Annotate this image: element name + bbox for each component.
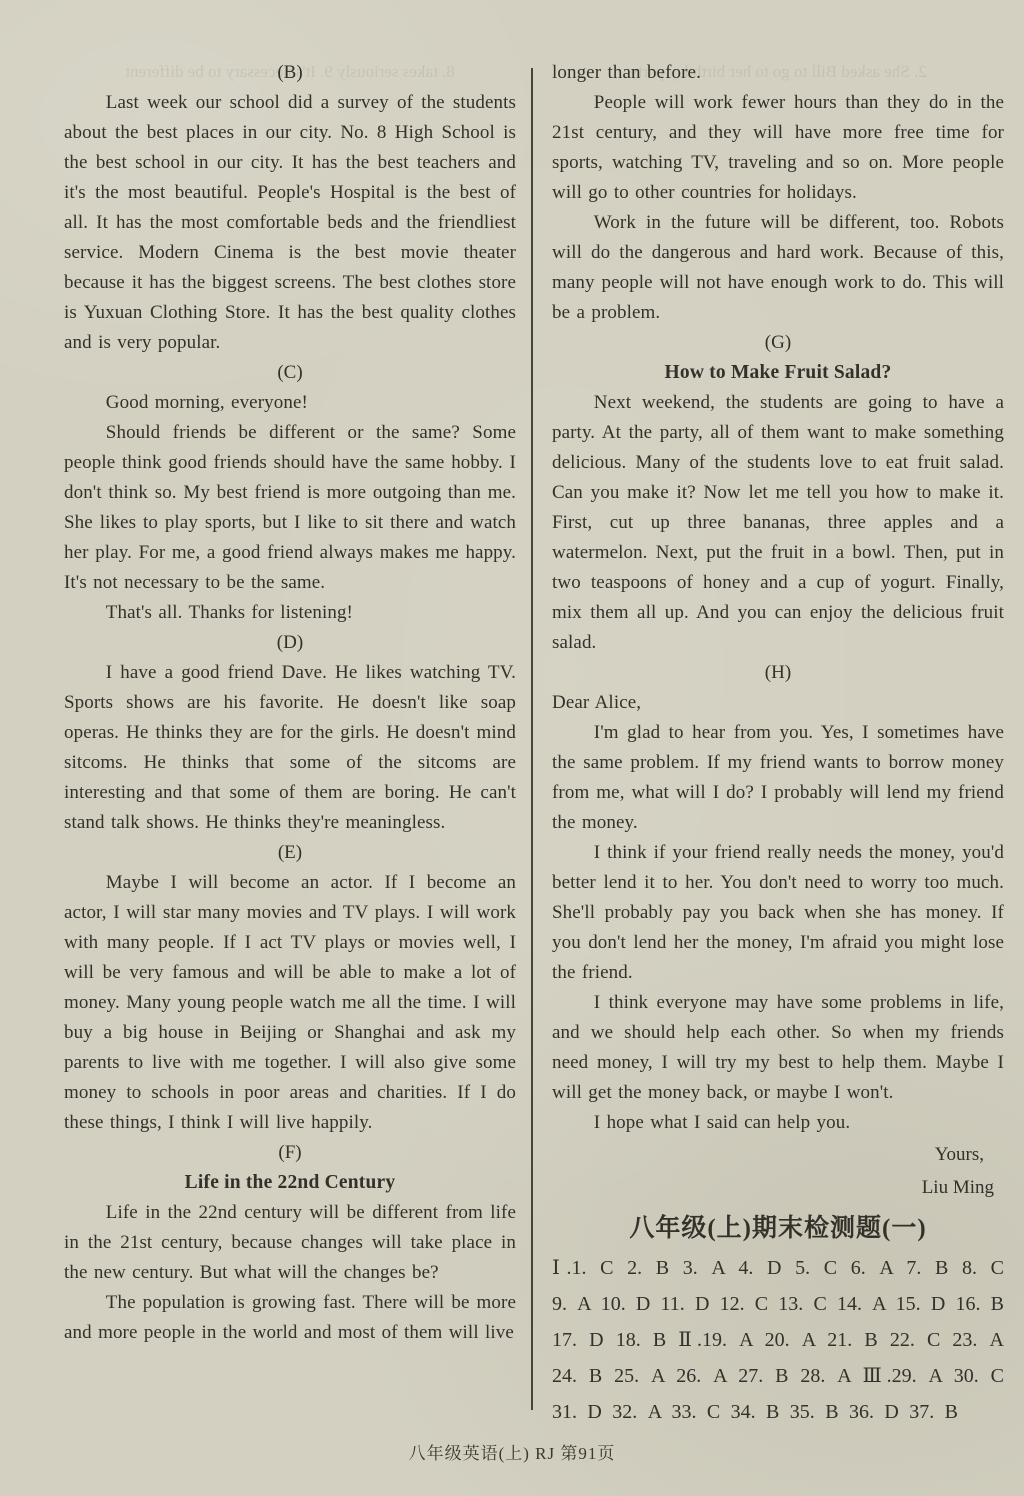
letter-signature: Liu Ming [552,1171,1004,1204]
answer-key-line-1: Ⅰ.1. C 2. B 3. A 4. D 5. C 6. A 7. B 8. … [552,1250,1004,1286]
passage-b-heading: (B) [64,58,516,88]
answer-key-line-2: 9. A 10. D 11. D 12. C 13. C 14. A 15. D… [552,1286,1004,1322]
answer-key-block: Ⅰ.1. C 2. B 3. A 4. D 5. C 6. A 7. B 8. … [552,1250,1004,1430]
letter-signoff: Yours, [552,1138,1004,1171]
answer-key-line-4: 24. B 25. A 26. A 27. B 28. A Ⅲ.29. A 30… [552,1358,1004,1394]
exam-section-title: 八年级(上)期末检测题(一) [552,1212,1004,1246]
passage-d-heading: (D) [64,628,516,658]
passage-c-paragraph-2: Should friends be different or the same?… [64,418,516,598]
passage-c-heading: (C) [64,358,516,388]
letter-paragraph-4: I hope what I said can help you. [552,1108,1004,1138]
passage-b-paragraph: Last week our school did a survey of the… [64,88,516,358]
passage-f-paragraph-1: Life in the 22nd century will be differe… [64,1198,516,1288]
passage-h-heading: (H) [552,658,1004,688]
passage-g-title: How to Make Fruit Salad? [552,358,1004,388]
answer-key-line-5: 31. D 32. A 33. C 34. B 35. B 36. D 37. … [552,1394,1004,1430]
passage-f-paragraph-3: People will work fewer hours than they d… [552,88,1004,208]
passage-e-heading: (E) [64,838,516,868]
passage-f-paragraph-2: The population is growing fast. There wi… [64,1288,516,1348]
passage-f-title: Life in the 22nd Century [64,1168,516,1198]
right-column: longer than before. People will work few… [552,58,1004,1430]
passage-g-heading: (G) [552,328,1004,358]
letter-paragraph-3: I think everyone may have some problems … [552,988,1004,1108]
answer-key-line-3: 17. D 18. B Ⅱ.19. A 20. A 21. B 22. C 23… [552,1322,1004,1358]
passage-c-paragraph-1: Good morning, everyone! [64,388,516,418]
letter-salutation: Dear Alice, [552,688,1004,718]
passage-d-paragraph: I have a good friend Dave. He likes watc… [64,658,516,838]
letter-paragraph-2: I think if your friend really needs the … [552,838,1004,988]
passage-f-heading: (F) [64,1138,516,1168]
left-column: (B) Last week our school did a survey of… [64,58,516,1430]
passage-e-paragraph: Maybe I will become an actor. If I becom… [64,868,516,1138]
letter-paragraph-1: I'm glad to hear from you. Yes, I someti… [552,718,1004,838]
passage-f-continuation-line: longer than before. [552,58,1004,88]
passage-g-paragraph: Next weekend, the students are going to … [552,388,1004,658]
passage-f-paragraph-4: Work in the future will be different, to… [552,208,1004,328]
textbook-answer-page: 8. takes seriously 9. It's necessary to … [0,0,1024,1496]
passage-c-paragraph-3: That's all. Thanks for listening! [64,598,516,628]
two-column-text-area: (B) Last week our school did a survey of… [64,58,1004,1430]
page-footer: 八年级英语(上) RJ 第91页 [0,1439,1024,1464]
